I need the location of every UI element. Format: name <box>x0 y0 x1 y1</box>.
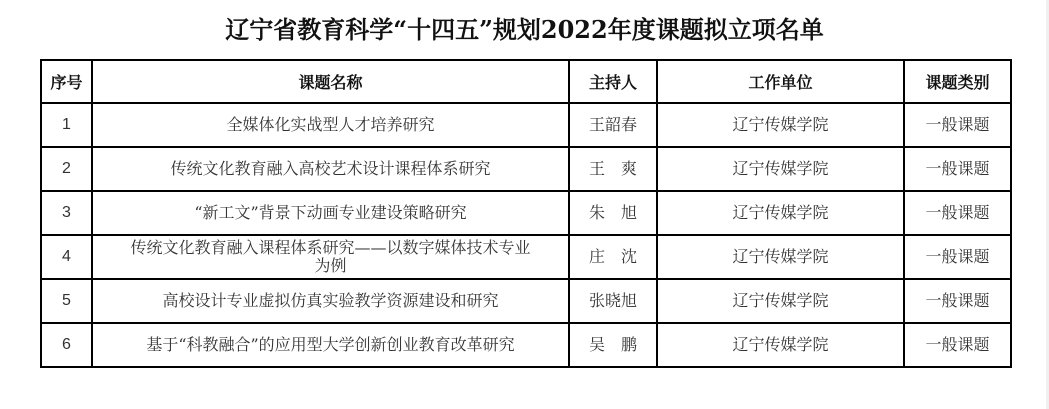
project-title: 全媒体化实战型人才培养研究 <box>226 116 434 134</box>
cell-unit: 辽宁传媒学院 <box>657 323 904 367</box>
cell-title: 基于“科教融合”的应用型大学创新创业教育改革研究 <box>92 323 569 367</box>
table-header-row: 序号 课题名称 主持人 工作单位 课题类别 <box>41 60 1011 103</box>
table-row: 6 基于“科教融合”的应用型大学创新创业教育改革研究 吴 鹏 辽宁传媒学院 一般… <box>41 323 1011 367</box>
cell-category: 一般课题 <box>904 191 1011 235</box>
document-title: 辽宁省教育科学“十四五”规划2022年度课题拟立项名单 <box>0 14 1049 46</box>
cell-host: 朱 旭 <box>569 191 657 235</box>
cell-host: 庄 沈 <box>569 235 657 279</box>
cell-index: 5 <box>41 279 92 323</box>
table-row: 4 传统文化教育融入课程体系研究——以数字媒体技术专业为例 庄 沈 辽宁传媒学院… <box>41 235 1011 279</box>
project-title: 基于“科教融合”的应用型大学创新创业教育改革研究 <box>146 336 514 354</box>
table-row: 5 高校设计专业虚拟仿真实验教学资源建设和研究 张晓旭 辽宁传媒学院 一般课题 <box>41 279 1011 323</box>
cell-host: 王 爽 <box>569 147 657 191</box>
cell-index: 6 <box>41 323 92 367</box>
cell-index: 1 <box>41 103 92 147</box>
cell-index: 2 <box>41 147 92 191</box>
project-title: 传统文化教育融入课程体系研究——以数字媒体技术专业为例 <box>131 239 531 275</box>
cell-unit: 辽宁传媒学院 <box>657 103 904 147</box>
cell-title: 传统文化教育融入课程体系研究——以数字媒体技术专业为例 <box>92 235 569 279</box>
cell-title: 传统文化教育融入高校艺术设计课程体系研究 <box>92 147 569 191</box>
cell-title: 全媒体化实战型人才培养研究 <box>92 103 569 147</box>
cell-category: 一般课题 <box>904 103 1011 147</box>
cell-unit: 辽宁传媒学院 <box>657 147 904 191</box>
cell-unit: 辽宁传媒学院 <box>657 191 904 235</box>
cell-title: “新工文”背景下动画专业建设策略研究 <box>92 191 569 235</box>
cell-category: 一般课题 <box>904 147 1011 191</box>
cell-index: 3 <box>41 191 92 235</box>
table-row: 2 传统文化教育融入高校艺术设计课程体系研究 王 爽 辽宁传媒学院 一般课题 <box>41 147 1011 191</box>
cell-host: 张晓旭 <box>569 279 657 323</box>
header-host: 主持人 <box>569 60 657 103</box>
cell-unit: 辽宁传媒学院 <box>657 235 904 279</box>
cell-unit: 辽宁传媒学院 <box>657 279 904 323</box>
table-row: 1 全媒体化实战型人才培养研究 王韶春 辽宁传媒学院 一般课题 <box>41 103 1011 147</box>
table-row: 3 “新工文”背景下动画专业建设策略研究 朱 旭 辽宁传媒学院 一般课题 <box>41 191 1011 235</box>
cell-index: 4 <box>41 235 92 279</box>
cell-host: 吴 鹏 <box>569 323 657 367</box>
header-category: 课题类别 <box>904 60 1011 103</box>
cell-host: 王韶春 <box>569 103 657 147</box>
project-title: “新工文”背景下动画专业建设策略研究 <box>194 204 466 222</box>
cell-category: 一般课题 <box>904 323 1011 367</box>
project-title: 传统文化教育融入高校艺术设计课程体系研究 <box>170 160 490 178</box>
cell-title: 高校设计专业虚拟仿真实验教学资源建设和研究 <box>92 279 569 323</box>
cell-category: 一般课题 <box>904 235 1011 279</box>
header-title: 课题名称 <box>92 60 569 103</box>
header-index: 序号 <box>41 60 92 103</box>
header-unit: 工作单位 <box>657 60 904 103</box>
project-title: 高校设计专业虚拟仿真实验教学资源建设和研究 <box>162 292 498 310</box>
project-list-table: 序号 课题名称 主持人 工作单位 课题类别 1 全媒体化实战型人才培养研究 王韶… <box>40 59 1012 368</box>
cell-category: 一般课题 <box>904 279 1011 323</box>
